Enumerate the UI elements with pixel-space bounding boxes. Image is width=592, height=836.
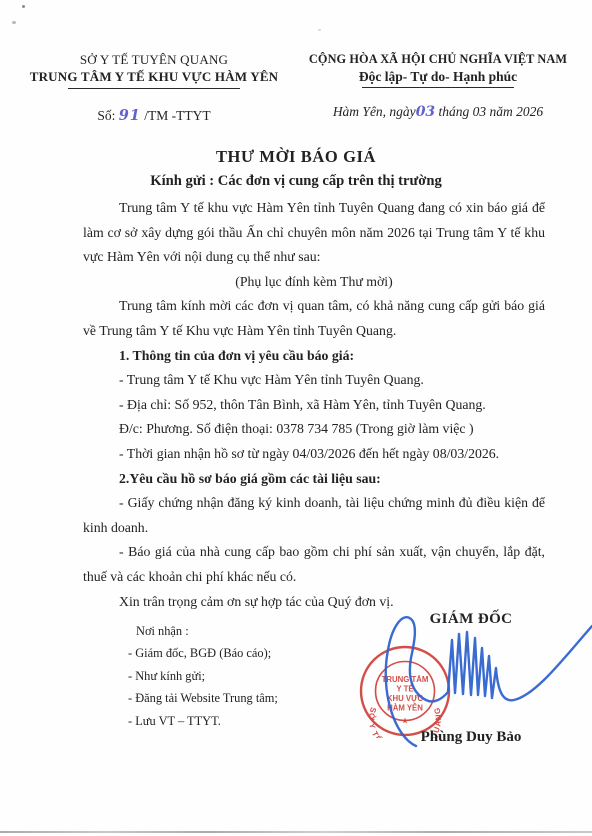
recipient-item: - Đăng tải Website Trung tâm; — [128, 687, 328, 709]
document-number-handwritten: 91 — [119, 107, 141, 124]
scan-speck — [22, 5, 25, 8]
body-paragraph: - Thời gian nhận hồ sơ từ ngày 04/03/202… — [83, 442, 545, 467]
date-prefix: Hàm Yên, ngày — [333, 104, 416, 119]
recipient-item: - Lưu VT – TTYT. — [128, 710, 328, 732]
body-paragraph: - Trung tâm Y tế Khu vực Hàm Yên tỉnh Tu… — [83, 368, 545, 393]
scan-speck — [318, 29, 321, 31]
document-number-prefix: Số: — [97, 108, 115, 123]
body-paragraph: (Phụ lục đính kèm Thư mời) — [83, 270, 545, 295]
body-paragraph: - Giấy chứng nhận đăng ký kinh doanh, tà… — [83, 491, 545, 540]
document-body: Trung tâm Y tế khu vực Hàm Yên tỉnh Tuyê… — [83, 196, 545, 614]
body-paragraph: - Báo giá của nhà cung cấp bao gồm chi p… — [83, 540, 545, 589]
scan-speck — [12, 21, 16, 24]
country-name: CỘNG HÒA XÃ HỘI CHỦ NGHĨA VIỆT NAM — [306, 52, 570, 67]
date-suffix: tháng 03 năm 2026 — [439, 104, 544, 119]
recipient-item: - Giám đốc, BGĐ (Báo cáo); — [128, 642, 328, 664]
document-title: THƯ MỜI BÁO GIÁ — [0, 147, 592, 167]
scanned-document-page: SỞ Y TẾ TUYÊN QUANG TRUNG TÂM Y TẾ KHU V… — [0, 0, 592, 836]
agency-underline — [68, 88, 240, 89]
body-paragraph: 2.Yêu cầu hồ sơ báo giá gồm các tài liệu… — [83, 467, 545, 492]
salutation-line: Kính gửi : Các đơn vị cung cấp trên thị … — [0, 173, 592, 190]
body-paragraph: Đ/c: Phương. Số điện thoại: 0378 734 785… — [83, 417, 545, 442]
signer-name: Phùng Duy Bảo — [398, 729, 544, 746]
place-date-line: Hàm Yên, ngày03 tháng 03 năm 2026 — [300, 104, 576, 120]
date-day-handwritten: 03 — [416, 104, 435, 120]
scan-page-edge-shadow — [0, 831, 592, 833]
parent-agency-name: SỞ Y TẾ TUYÊN QUANG — [26, 52, 282, 68]
body-paragraph: Trung tâm Y tế khu vực Hàm Yên tỉnh Tuyê… — [83, 196, 545, 270]
body-paragraph: Trung tâm kính mời các đơn vị quan tâm, … — [83, 294, 545, 343]
recipient-item: - Như kính gửi; — [128, 665, 328, 687]
body-paragraph: 1. Thông tin của đơn vị yêu cầu báo giá: — [83, 344, 545, 369]
recipients-label: Nơi nhận : — [128, 620, 328, 642]
national-motto-header: CỘNG HÒA XÃ HỘI CHỦ NGHĨA VIỆT NAM Độc l… — [306, 52, 570, 88]
recipients-list: - Giám đốc, BGĐ (Báo cáo);- Như kính gửi… — [128, 642, 328, 732]
document-number-line: Số: 91 /TM -TTYT — [26, 107, 282, 124]
motto-line: Độc lập- Tự do- Hạnh phúc — [306, 69, 570, 85]
issuing-agency-header: SỞ Y TẾ TUYÊN QUANG TRUNG TÂM Y TẾ KHU V… — [26, 52, 282, 89]
recipients-block: Nơi nhận : - Giám đốc, BGĐ (Báo cáo);- N… — [128, 620, 328, 732]
document-number-suffix: /TM -TTYT — [144, 108, 210, 123]
body-paragraph: - Địa chỉ: Số 952, thôn Tân Bình, xã Hàm… — [83, 393, 545, 418]
agency-name: TRUNG TÂM Y TẾ KHU VỰC HÀM YÊN — [26, 69, 282, 85]
motto-underline — [362, 87, 514, 88]
